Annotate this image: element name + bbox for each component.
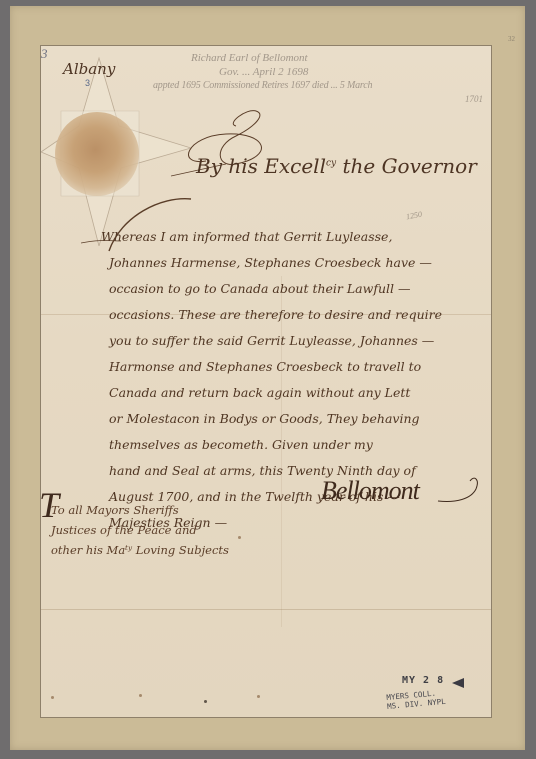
seal-mark: 3 — [85, 78, 90, 88]
document-heading: By his Excellcy the Governor — [196, 154, 477, 178]
address-line: other his Maᵗʸ Loving Subjects — [51, 540, 229, 560]
manuscript-sheet: 3 Albany Richard Earl of Bellomont Gov. … — [40, 45, 492, 718]
date-stamp: MY 2 8 — [402, 675, 444, 686]
pencil-note: 1701 — [465, 94, 483, 104]
foxing-spot — [238, 536, 241, 539]
body-line: or Molestacon in Bodys or Goods, They be… — [109, 406, 442, 432]
address-line: To all Mayors Sheriffs — [51, 500, 229, 520]
wax-seal-stain — [55, 112, 139, 196]
body-line: you to suffer the said Gerrit Luyleasse,… — [109, 328, 442, 354]
body-line: Johannes Harmense, Stephanes Croesbeck h… — [109, 250, 442, 276]
address-line: Justices of the Peace and — [51, 520, 229, 540]
pencil-note: appted 1695 Commissioned Retires 1697 di… — [153, 80, 372, 91]
address-block: T To all Mayors Sheriffs Justices of the… — [43, 500, 229, 560]
pencil-note: Richard Earl of Bellomont — [191, 52, 308, 64]
signature: Bellomont — [321, 476, 419, 506]
signature-flourish-icon — [436, 471, 486, 511]
foxing-spot — [139, 694, 142, 697]
foxing-spot — [51, 696, 54, 699]
marginal-small-number: 1250 — [405, 210, 422, 222]
address-flourish: T — [40, 484, 59, 526]
body-line: Canada and return back again without any… — [109, 380, 442, 406]
folio-number: 32 — [508, 35, 515, 43]
place-name: Albany — [63, 60, 115, 78]
body-line: occasion to go to Canada about their Law… — [109, 276, 442, 302]
body-line: occasions. These are therefore to desire… — [109, 302, 442, 328]
body-line: Harmonse and Stephanes Croesbeck to trav… — [109, 354, 442, 380]
foxing-spot — [204, 700, 207, 703]
fold-line — [41, 609, 491, 610]
pencil-note: Gov. ... April 2 1698 — [219, 66, 308, 78]
stamp-arrow-icon — [452, 678, 464, 688]
foxing-spot — [257, 695, 260, 698]
body-line: Whereas I am informed that Gerrit Luylea… — [101, 224, 442, 250]
body-line: themselves as becometh. Given under my — [109, 432, 442, 458]
